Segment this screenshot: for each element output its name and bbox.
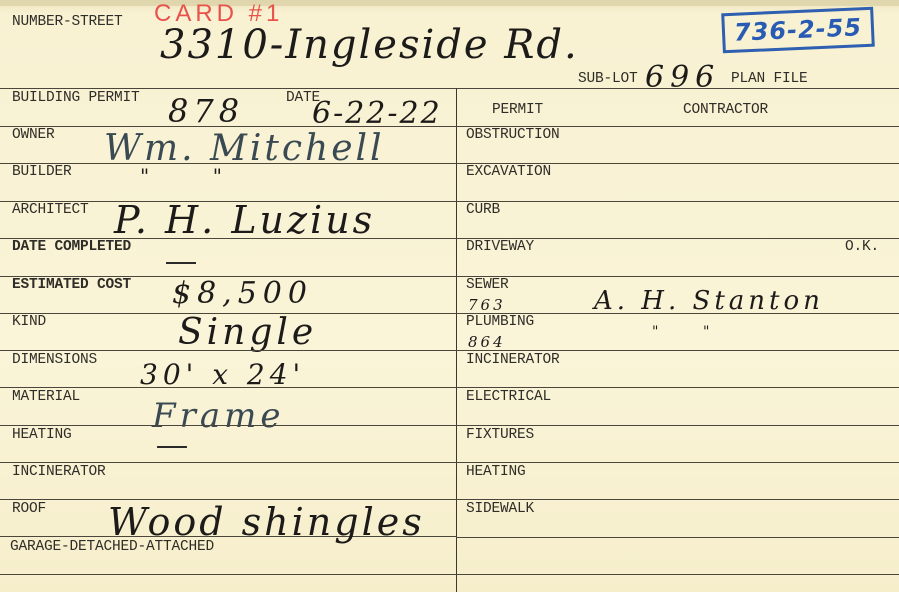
row-line bbox=[0, 387, 456, 388]
row-line bbox=[456, 276, 899, 277]
permit-electrical: ELECTRICAL bbox=[466, 389, 551, 405]
card-top-edge bbox=[0, 0, 899, 6]
permit-sidewalk: SIDEWALK bbox=[466, 501, 534, 517]
driveway-note: O.K. bbox=[845, 239, 879, 255]
row-line bbox=[456, 499, 899, 500]
material-value: Frame bbox=[152, 396, 284, 436]
row-line bbox=[456, 537, 899, 538]
roof-value: Wood shingles bbox=[108, 500, 425, 544]
sewer-contractor: A. H. Stanton bbox=[594, 286, 824, 316]
kind-label: KIND bbox=[12, 314, 46, 330]
file-number-stamp: 736-2-55 bbox=[721, 7, 875, 54]
row-line bbox=[456, 201, 899, 202]
roof-label: ROOF bbox=[12, 501, 46, 517]
material-label: MATERIAL bbox=[12, 389, 80, 405]
permit-driveway: DRIVEWAY bbox=[466, 239, 534, 255]
number-street-label: NUMBER-STREET bbox=[12, 14, 123, 30]
permit-curb: CURB bbox=[466, 202, 500, 218]
row-line bbox=[0, 574, 456, 575]
building-permit-label: BUILDING PERMIT bbox=[12, 90, 140, 106]
permit-incinerator: INCINERATOR bbox=[466, 352, 560, 368]
row-line bbox=[456, 574, 899, 575]
permit-obstruction: OBSTRUCTION bbox=[466, 127, 560, 143]
builder-value: " " bbox=[140, 164, 222, 188]
plan-file-label: PLAN FILE bbox=[731, 71, 808, 87]
row-line bbox=[456, 462, 899, 463]
permit-column-header: PERMIT bbox=[492, 102, 543, 118]
permit-fixtures: FIXTURES bbox=[466, 427, 534, 443]
number-street-value: 3310-Ingleside Rd. bbox=[160, 22, 579, 68]
row-line bbox=[0, 425, 456, 426]
dimensions-label: DIMENSIONS bbox=[12, 352, 97, 368]
row-line bbox=[0, 462, 456, 463]
date-completed-dash bbox=[166, 262, 196, 264]
builder-label: BUILDER bbox=[12, 164, 72, 180]
header-divider bbox=[0, 88, 899, 89]
permit-sewer: SEWER bbox=[466, 277, 509, 293]
row-line bbox=[456, 350, 899, 351]
architect-value: P. H. Luzius bbox=[114, 198, 375, 242]
row-line bbox=[0, 350, 456, 351]
architect-label: ARCHITECT bbox=[12, 202, 89, 218]
building-permit-value: 878 bbox=[168, 92, 244, 130]
contractor-column-header: CONTRACTOR bbox=[683, 102, 768, 118]
plumbing-permit-number: 864 bbox=[468, 333, 506, 351]
plumbing-contractor: " " bbox=[652, 324, 709, 340]
permit-plumbing: PLUMBING bbox=[466, 314, 534, 330]
row-line bbox=[456, 425, 899, 426]
sub-lot-value: 696 bbox=[645, 60, 720, 95]
sewer-permit-number: 763 bbox=[468, 296, 506, 314]
row-line bbox=[0, 126, 456, 127]
building-permit-card: NUMBER-STREET CARD #1 3310-Ingleside Rd.… bbox=[0, 0, 899, 592]
estimated-cost-value: $8,500 bbox=[172, 276, 313, 311]
heating-label: HEATING bbox=[12, 427, 72, 443]
incinerator-label: INCINERATOR bbox=[12, 464, 106, 480]
date-completed-label: DATE COMPLETED bbox=[12, 239, 131, 255]
row-line bbox=[456, 387, 899, 388]
permit-excavation: EXCAVATION bbox=[466, 164, 551, 180]
kind-value: Single bbox=[178, 312, 317, 353]
estimated-cost-label: ESTIMATED COST bbox=[12, 277, 131, 293]
sub-lot-label: SUB-LOT bbox=[578, 71, 638, 87]
permit-heating: HEATING bbox=[466, 464, 526, 480]
heating-dash bbox=[157, 446, 187, 448]
owner-label: OWNER bbox=[12, 127, 55, 143]
